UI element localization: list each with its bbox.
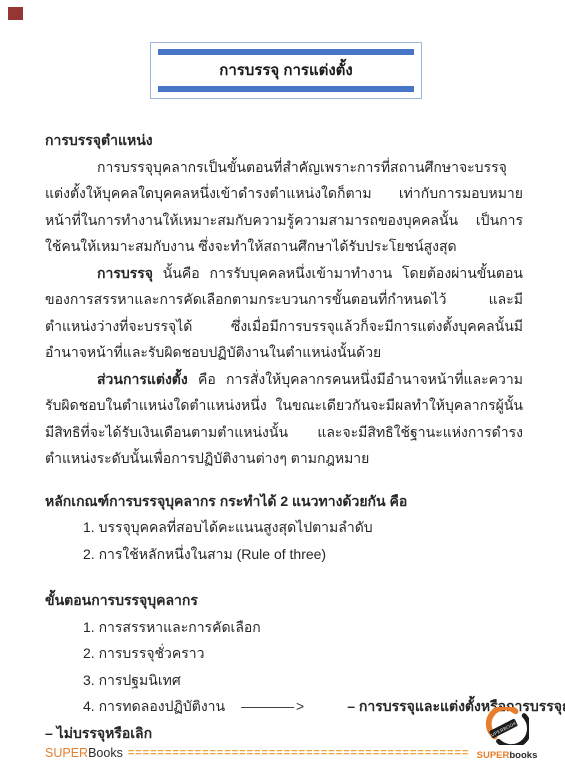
- brand-left-black: Books: [88, 746, 123, 760]
- footer-brand-right-text: SUPERbooks: [477, 751, 538, 761]
- footer-brand-left: SUPERBooks: [45, 746, 123, 761]
- footer-brand-right: SUPERBOOKS SUPERbooks: [475, 707, 539, 761]
- brand-right-orange: SUPER: [477, 750, 510, 761]
- paragraph-placement-intro: การบรรจุบุคลากรเป็นขั้นตอนที่สำคัญเพราะก…: [45, 154, 523, 260]
- section-heading-placement: การบรรจุตำแหน่ง: [45, 127, 523, 154]
- section-heading-rules: หลักเกณฑ์การบรรจุบุคลากร กระทำได้ 2 แนวท…: [45, 488, 523, 515]
- list-item: 2. การใช้หลักหนึ่งในสาม (Rule of three): [45, 541, 523, 568]
- brand-left-orange: SUPER: [45, 746, 88, 760]
- page-footer: SUPERBooks =============================…: [45, 707, 539, 761]
- list-item: 2. การบรรจุชั่วคราว: [45, 640, 523, 667]
- list-item: 1. บรรจุบุคคลที่สอบได้คะแนนสูงสุดไปตามลำ…: [45, 514, 523, 541]
- section-heading-steps: ขั้นตอนการบรรจุบุคลากร: [45, 587, 523, 614]
- footer-separator: ========================================…: [128, 746, 470, 760]
- brand-right-black: books: [509, 750, 537, 761]
- red-square-marker: [8, 7, 23, 20]
- title-top-bar: [158, 49, 414, 55]
- paragraph-designation-def: ส่วนการแต่งตั้ง คือ การสั่งให้บุคลากรคนห…: [45, 366, 523, 472]
- page-title: การบรรจุ การแต่งตั้ง: [158, 62, 414, 80]
- list-item: 3. การปฐมนิเทศ: [45, 667, 523, 694]
- paragraph-appointment-def: การบรรจุ นั้นคือ การรับบุคคลหนึ่งเข้ามาท…: [45, 260, 523, 366]
- title-bottom-bar: [158, 86, 414, 92]
- bold-lead-designation: ส่วนการแต่งตั้ง: [97, 371, 188, 387]
- superbooks-logo-icon: SUPERBOOKS: [485, 707, 529, 750]
- bold-lead-appointment: การบรรจุ: [97, 265, 153, 281]
- document-body: การบรรจุตำแหน่ง การบรรจุบุคลากรเป็นขั้นต…: [45, 127, 523, 746]
- title-box: การบรรจุ การแต่งตั้ง: [150, 42, 422, 99]
- list-item: 1. การสรรหาและการคัดเลือก: [45, 614, 523, 641]
- document-page: การบรรจุ การแต่งตั้ง การบรรจุตำแหน่ง การ…: [0, 0, 565, 779]
- rules-list: 1. บรรจุบุคคลที่สอบได้คะแนนสูงสุดไปตามลำ…: [45, 514, 523, 567]
